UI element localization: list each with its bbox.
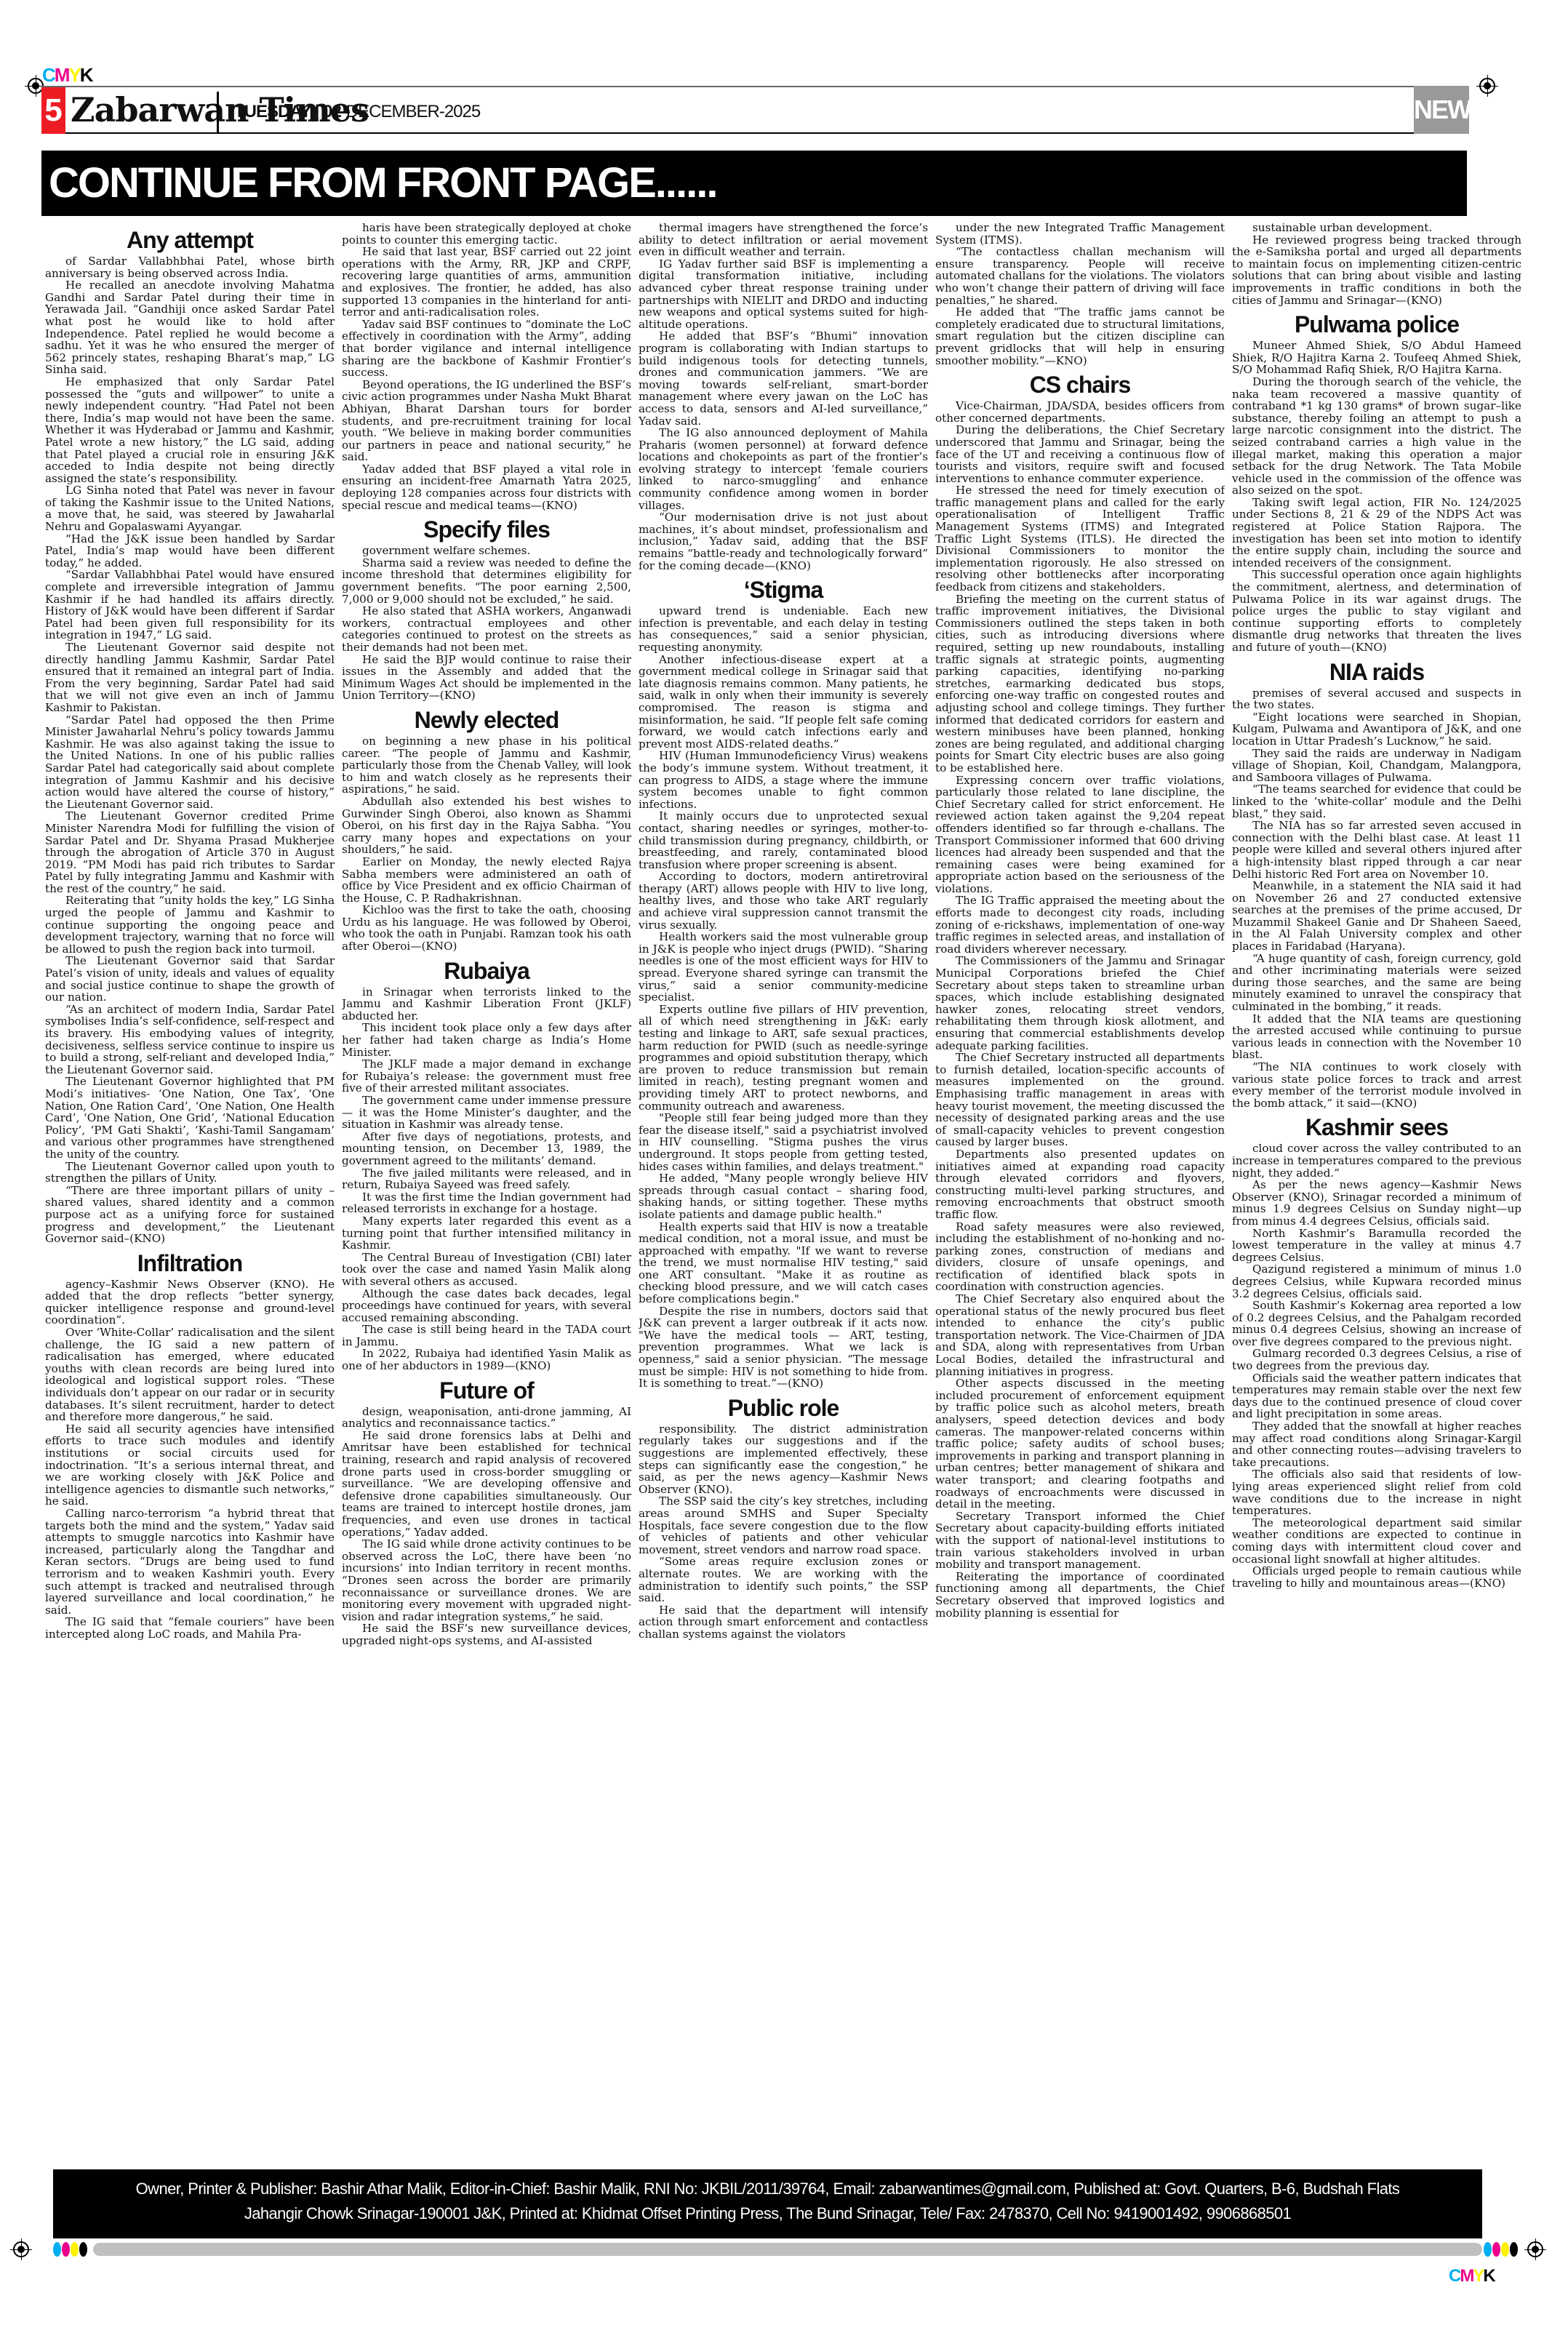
article-paragraph: The Lieutenant Governor called upon yout… bbox=[45, 1161, 335, 1185]
article-paragraph: Earlier on Monday, the newly elected Raj… bbox=[342, 856, 631, 904]
cmyk-k: K bbox=[1483, 2266, 1494, 2286]
article-paragraph: Expressing concern over traffic violatio… bbox=[935, 775, 1225, 895]
article-paragraph: “There are three important pillars of un… bbox=[45, 1185, 335, 1245]
page-number: 5 bbox=[41, 87, 65, 134]
article-paragraph: South Kashmir’s Kokernag area reported a… bbox=[1232, 1300, 1521, 1348]
article-paragraph: The Lieutenant Governor highlighted that… bbox=[45, 1076, 335, 1160]
article-columns: Any attemptof Sardar Vallabhbhai Patel, … bbox=[45, 222, 1529, 2105]
article-paragraph: He emphasized that only Sardar Patel pos… bbox=[45, 376, 335, 484]
article-paragraph: He said that last year, BSF carried out … bbox=[342, 246, 631, 319]
column-2: haris have been strategically deployed a… bbox=[342, 222, 631, 2105]
article-paragraph: “As an architect of modern India, Sardar… bbox=[45, 1004, 335, 1076]
article-paragraph: Meanwhile, in a statement the NIA said i… bbox=[1232, 880, 1521, 953]
article-paragraph: Despite the rise in numbers, doctors sai… bbox=[639, 1305, 928, 1390]
article-paragraph: “Our modernisation drive is not just abo… bbox=[639, 511, 928, 572]
article-paragraph: The IG said that “female couriers” have … bbox=[45, 1616, 335, 1640]
article-paragraph: Kichloo was the first to take the oath, … bbox=[342, 904, 631, 952]
article-paragraph: Calling narco-terrorism “a hybrid threat… bbox=[45, 1508, 335, 1616]
cmyk-m: M bbox=[55, 64, 69, 86]
article-paragraph: Many experts later regarded this event a… bbox=[342, 1215, 631, 1252]
yellow-dot bbox=[71, 2242, 79, 2257]
article-headline: ‘Stigma bbox=[639, 576, 928, 604]
article-paragraph: It was the first time the Indian governm… bbox=[342, 1191, 631, 1215]
article-paragraph: He said the BSF’s new surveillance devic… bbox=[342, 1622, 631, 1646]
article-paragraph: Departments also presented updates on in… bbox=[935, 1148, 1225, 1221]
article-paragraph: haris have been strategically deployed a… bbox=[342, 222, 631, 246]
article-paragraph: Yadav said BSF continues to “dominate th… bbox=[342, 319, 631, 379]
article-paragraph: of Sardar Vallabhbhai Patel, whose birth… bbox=[45, 255, 335, 279]
article-paragraph: He also stated that ASHA workers, Anganw… bbox=[342, 605, 631, 653]
section-badge: NEWS bbox=[1414, 86, 1469, 134]
article-paragraph: government welfare schemes. bbox=[342, 545, 631, 557]
cmyk-k: K bbox=[80, 64, 92, 86]
article-paragraph: HIV (Human Immunodeficiency Virus) weake… bbox=[639, 750, 928, 810]
article-paragraph: The Commissioners of the Jammu and Srina… bbox=[935, 955, 1225, 1052]
article-paragraph: premises of several accused and suspects… bbox=[1232, 687, 1521, 711]
article-paragraph: Health experts said that HIV is now a tr… bbox=[639, 1221, 928, 1305]
article-paragraph: The Lieutenant Governor said that Sardar… bbox=[45, 955, 335, 1003]
article-paragraph: “The teams searched for evidence that co… bbox=[1232, 783, 1521, 820]
article-paragraph: “Had the J&K issue been handled by Sarda… bbox=[45, 533, 335, 569]
date-separator: | bbox=[315, 102, 319, 121]
column-4: under the new Integrated Traffic Managem… bbox=[935, 222, 1225, 2105]
registration-mark-icon bbox=[1479, 78, 1495, 94]
cmyk-y: Y bbox=[68, 64, 79, 86]
masthead-divider bbox=[217, 92, 219, 132]
article-paragraph: Reiterating that “unity holds the key,” … bbox=[45, 895, 335, 955]
article-paragraph: Vice-Chairman, JDA/SDA, besides officers… bbox=[935, 400, 1225, 424]
article-paragraph: He said drone forensics labs at Delhi an… bbox=[342, 1430, 631, 1538]
article-paragraph: After five days of negotiations, protest… bbox=[342, 1131, 631, 1167]
article-paragraph: The officials also said that residents o… bbox=[1232, 1468, 1521, 1516]
imprint-line-1: Owner, Printer & Publisher: Bashir Athar… bbox=[53, 2177, 1482, 2201]
article-paragraph: “The NIA continues to work closely with … bbox=[1232, 1061, 1521, 1109]
article-paragraph: Muneer Ahmed Shiek, S/O Abdul Hameed Shi… bbox=[1232, 340, 1521, 376]
article-paragraph: The NIA has so far arrested seven accuse… bbox=[1232, 820, 1521, 880]
article-paragraph: The IG Traffic appraised the meeting abo… bbox=[935, 895, 1225, 955]
article-paragraph: Another infectious-disease expert at a g… bbox=[639, 654, 928, 751]
article-paragraph: The Chief Secretary also enquired about … bbox=[935, 1293, 1225, 1377]
article-paragraph: It added that the NIA teams are question… bbox=[1232, 1013, 1521, 1061]
cyan-dot bbox=[1484, 2242, 1492, 2257]
article-paragraph: Health workers said the most vulnerable … bbox=[639, 931, 928, 1004]
article-paragraph: Secretary Transport informed the Chief S… bbox=[935, 1510, 1225, 1571]
article-paragraph: North Kashmir’s Baramulla recorded the l… bbox=[1232, 1228, 1521, 1264]
cmyk-label-bottom: CMYK bbox=[1449, 2266, 1495, 2286]
article-paragraph: He added, "Many people wrongly believe H… bbox=[639, 1172, 928, 1220]
column-3: thermal imagers have strengthened the fo… bbox=[639, 222, 928, 2105]
cmyk-c: C bbox=[42, 64, 55, 86]
magenta-dot bbox=[1492, 2242, 1500, 2257]
article-paragraph: thermal imagers have strengthened the fo… bbox=[639, 222, 928, 258]
article-paragraph: agency–Kashmir News Observer (KNO). He a… bbox=[45, 1278, 335, 1326]
article-paragraph: He recalled an anecdote involving Mahatm… bbox=[45, 279, 335, 376]
cmyk-m: M bbox=[1460, 2266, 1473, 2286]
article-paragraph: Officials urged people to remain cautiou… bbox=[1232, 1565, 1521, 1589]
article-paragraph: “Sardar Vallabhbhai Patel would have ens… bbox=[45, 569, 335, 641]
article-paragraph: Road safety measures were also reviewed,… bbox=[935, 1221, 1225, 1294]
article-paragraph: on beginning a new phase in his politica… bbox=[342, 735, 631, 796]
article-paragraph: During the thorough search of the vehicl… bbox=[1232, 376, 1521, 497]
article-headline: Rubaiya bbox=[342, 957, 631, 985]
imprint-footer: Owner, Printer & Publisher: Bashir Athar… bbox=[53, 2169, 1482, 2238]
article-paragraph: cloud cover across the valley contribute… bbox=[1232, 1143, 1521, 1179]
article-paragraph: under the new Integrated Traffic Managem… bbox=[935, 222, 1225, 246]
article-paragraph: Reiterating the importance of coordinate… bbox=[935, 1571, 1225, 1619]
article-headline: Public role bbox=[639, 1394, 928, 1422]
article-paragraph: Abdullah also extended his best wishes t… bbox=[342, 796, 631, 856]
article-paragraph: Briefing the meeting on the current stat… bbox=[935, 593, 1225, 775]
article-headline: Newly elected bbox=[342, 706, 631, 734]
article-paragraph: upward trend is undeniable. Each new inf… bbox=[639, 605, 928, 653]
article-headline: Kashmir sees bbox=[1232, 1113, 1521, 1141]
gray-strip bbox=[93, 2243, 1482, 2256]
column-5: sustainable urban development.He reviewe… bbox=[1232, 222, 1521, 2105]
article-paragraph: Other aspects discussed in the meeting i… bbox=[935, 1377, 1225, 1510]
article-paragraph: The IG also announced deployment of Mahi… bbox=[639, 427, 928, 511]
article-paragraph: LG Sinha noted that Patel was never in f… bbox=[45, 484, 335, 532]
article-paragraph: This incident took place only a few days… bbox=[342, 1022, 631, 1058]
article-paragraph: He added that BSF’s “Bhumi” innovation p… bbox=[639, 330, 928, 427]
cmyk-label-top: CMYK bbox=[42, 64, 92, 87]
date-day-number: 02 bbox=[323, 102, 341, 121]
article-paragraph: The IG said while drone activity continu… bbox=[342, 1538, 631, 1622]
article-paragraph: sustainable urban development. bbox=[1232, 222, 1521, 234]
article-paragraph: He said that the department will intensi… bbox=[639, 1604, 928, 1641]
column-1: Any attemptof Sardar Vallabhbhai Patel, … bbox=[45, 222, 335, 2105]
article-paragraph: “Sardar Patel had opposed the then Prime… bbox=[45, 714, 335, 811]
issue-date: TUESDAY | 02-DECEMBER-2025 bbox=[234, 102, 480, 122]
article-paragraph: “Eight locations were searched in Shopia… bbox=[1232, 711, 1521, 748]
article-paragraph: He reviewed progress being tracked throu… bbox=[1232, 234, 1521, 307]
imprint-line-2: Jahangir Chowk Srinagar-190001 J&K, Prin… bbox=[53, 2201, 1482, 2226]
article-headline: CS chairs bbox=[935, 371, 1225, 399]
article-paragraph: Gulmarg recorded 0.3 degrees Celsius, a … bbox=[1232, 1348, 1521, 1372]
article-paragraph: “Some areas require exclusion zones or a… bbox=[639, 1556, 928, 1604]
article-paragraph: in Srinagar when terrorists linked to th… bbox=[342, 986, 631, 1023]
registration-mark-icon bbox=[1527, 2241, 1543, 2257]
article-paragraph: The Lieutenant Governor said despite not… bbox=[45, 641, 335, 714]
article-paragraph: IG Yadav further said BSF is implementin… bbox=[639, 258, 928, 331]
issue-day: TUESDAY bbox=[234, 102, 311, 121]
article-paragraph: Beyond operations, the IG underlined the… bbox=[342, 379, 631, 463]
article-paragraph: He added that “The traffic jams cannot b… bbox=[935, 306, 1225, 367]
article-headline: NIA raids bbox=[1232, 658, 1521, 686]
article-paragraph: Sharma said a review was needed to defin… bbox=[342, 557, 631, 605]
section-banner: CONTINUE FROM FRONT PAGE...... bbox=[41, 151, 1467, 216]
article-paragraph: The government came under immense pressu… bbox=[342, 1095, 631, 1131]
cmyk-y: Y bbox=[1473, 2266, 1483, 2286]
article-paragraph: The SSP said the city’s key stretches, i… bbox=[639, 1495, 928, 1556]
article-paragraph: responsibility. The district administrat… bbox=[639, 1423, 928, 1496]
article-paragraph: In 2022, Rubaiya had identified Yasin Ma… bbox=[342, 1348, 631, 1372]
article-paragraph: Officials said the weather pattern indic… bbox=[1232, 1372, 1521, 1420]
article-paragraph: Although the case dates back decades, le… bbox=[342, 1288, 631, 1324]
article-paragraph: It mainly occurs due to unprotected sexu… bbox=[639, 810, 928, 871]
registration-mark-icon bbox=[13, 2241, 29, 2257]
article-headline: Infiltration bbox=[45, 1249, 335, 1277]
article-paragraph: The Lieutenant Governor credited Prime M… bbox=[45, 810, 335, 895]
article-paragraph: "People still fear being judged more tha… bbox=[639, 1112, 928, 1172]
article-paragraph: Qazigund registered a minimum of minus 1… bbox=[1232, 1263, 1521, 1300]
article-paragraph: The meteorological department said simil… bbox=[1232, 1517, 1521, 1565]
article-paragraph: The JKLF made a major demand in exchange… bbox=[342, 1058, 631, 1095]
article-paragraph: The five jailed militants were released,… bbox=[342, 1167, 631, 1191]
article-paragraph: They said the raids are underway in Nadi… bbox=[1232, 748, 1521, 784]
cmyk-c: C bbox=[1449, 2266, 1460, 2286]
yellow-dot bbox=[1501, 2242, 1509, 2257]
article-paragraph: During the deliberations, the Chief Secr… bbox=[935, 424, 1225, 484]
article-paragraph: Experts outline five pillars of HIV prev… bbox=[639, 1004, 928, 1112]
article-headline: Any attempt bbox=[45, 226, 335, 254]
black-dot bbox=[79, 2242, 87, 2257]
article-paragraph: The Central Bureau of Investigation (CBI… bbox=[342, 1252, 631, 1288]
article-paragraph: The Chief Secretary instructed all depar… bbox=[935, 1052, 1225, 1148]
article-paragraph: He said the BJP would continue to raise … bbox=[342, 654, 631, 702]
article-paragraph: The case is still being heard in the TAD… bbox=[342, 1324, 631, 1348]
article-paragraph: “A huge quantity of cash, foreign curren… bbox=[1232, 953, 1521, 1013]
article-paragraph: “The contactless challan mechanism will … bbox=[935, 246, 1225, 306]
article-paragraph: He said all security agencies have inten… bbox=[45, 1423, 335, 1508]
article-paragraph: According to doctors, modern antiretrovi… bbox=[639, 871, 928, 931]
article-paragraph: Taking swift legal action, FIR No. 124/2… bbox=[1232, 497, 1521, 569]
black-dot bbox=[1510, 2242, 1518, 2257]
article-paragraph: Over ‘White-Collar’ radicalisation and t… bbox=[45, 1326, 335, 1423]
date-month-year: -DECEMBER-2025 bbox=[341, 102, 480, 121]
article-headline: Future of bbox=[342, 1377, 631, 1404]
article-headline: Pulwama police bbox=[1232, 311, 1521, 338]
print-color-bar bbox=[57, 2242, 1519, 2258]
article-paragraph: He stressed the need for timely executio… bbox=[935, 484, 1225, 593]
article-paragraph: They added that the snowfall at higher r… bbox=[1232, 1420, 1521, 1468]
article-paragraph: design, weaponisation, anti-drone jammin… bbox=[342, 1406, 631, 1430]
article-paragraph: This successful operation once again hig… bbox=[1232, 569, 1521, 653]
masthead: 5 Zabarwan Times TUESDAY | 02-DECEMBER-2… bbox=[41, 86, 1469, 134]
magenta-dot bbox=[62, 2242, 70, 2257]
article-headline: Specify files bbox=[342, 516, 631, 543]
article-paragraph: Yadav added that BSF played a vital role… bbox=[342, 463, 631, 511]
article-paragraph: As per the news agency—Kashmir News Obse… bbox=[1232, 1179, 1521, 1227]
cyan-dot bbox=[53, 2242, 61, 2257]
